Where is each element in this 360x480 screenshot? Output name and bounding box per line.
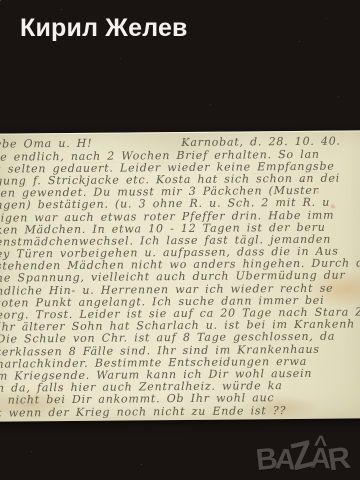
listing-title: Кирил Желев <box>20 14 188 43</box>
handwriting-line: t wenn der Krieg noch nicht zu Ende ist … <box>0 404 360 419</box>
dust-specks <box>0 0 1 1</box>
watermark-letter: R <box>326 444 352 473</box>
postcard-photo: ebe Oma u. H! Karnobat, d. 28. 10. 40. t… <box>0 130 360 421</box>
handwriting-lines: te endlich, nach 2 Wochen Brief erhalten… <box>0 148 360 419</box>
bazar-watermark: B A Z ΛA R <box>256 440 350 472</box>
postcard-text: ebe Oma u. H! Karnobat, d. 28. 10. 40. t… <box>0 131 360 421</box>
salutation: ebe Oma u. H! <box>0 138 92 151</box>
listing-photo: Кирил Желев ebe Oma u. H! Karnobat, d. 2… <box>0 0 360 480</box>
